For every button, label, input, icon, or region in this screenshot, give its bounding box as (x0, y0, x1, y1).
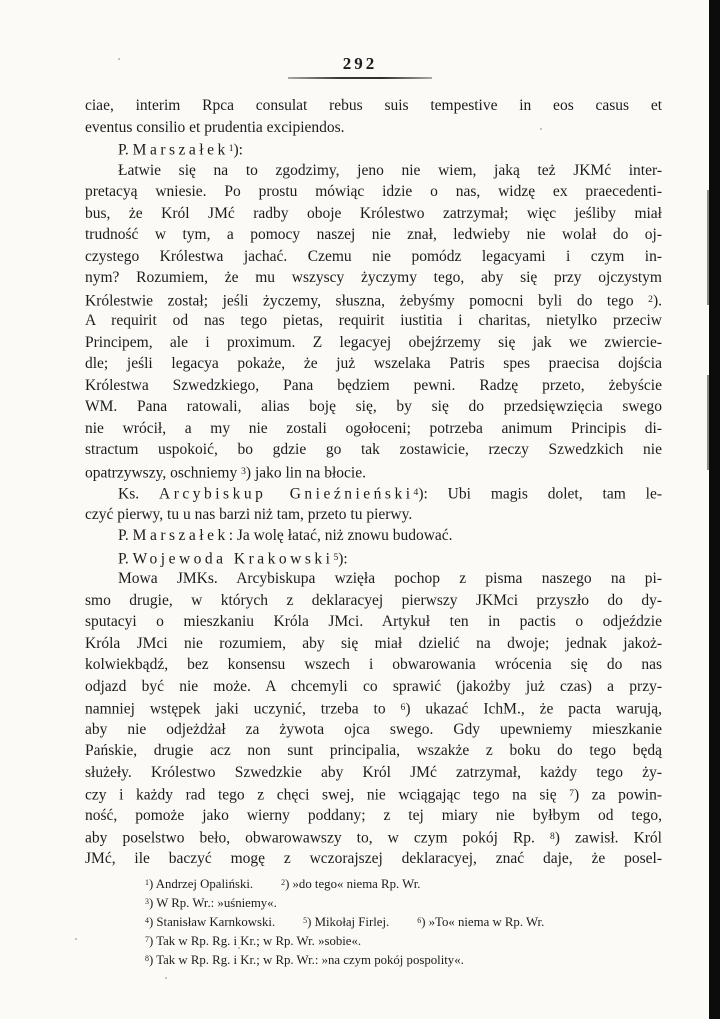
text-line: A requirit od nas tego pietas, requirit … (85, 310, 662, 332)
text-segment: P. (118, 527, 133, 544)
text-segment: ność, pomoże jako wierny poddany; z tej … (85, 807, 662, 824)
text-segment: opatrzywszy, oschniemy (85, 464, 241, 481)
page-number-rule (288, 77, 432, 79)
scan-edge-gray-sliver (707, 190, 709, 305)
text-segment: czystego Królestwa jachać. Czemu nie pom… (85, 248, 662, 265)
text-line: JMć, ile baczyć mogę z wczorajszej dekla… (85, 848, 662, 870)
paper-speckle (238, 947, 240, 949)
text-segment: WM. Pana ratowali, alias boję się, by si… (85, 398, 662, 415)
text-segment: odjazd być nie może. A chcemyli co spraw… (85, 678, 662, 695)
page-number: 292 (343, 54, 378, 74)
text-line: P. Marszałek1): (85, 138, 662, 160)
speaker-name: Arcybiskup Gnieźnieński (159, 486, 414, 503)
text-segment: : Ja wolę łatać, niż znowu budować. (229, 527, 453, 544)
text-line: nie wrócił, a my nie zostali ogołoceni; … (85, 418, 662, 440)
paper-speckle (540, 128, 542, 130)
text-segment: P. (118, 142, 133, 159)
paper-speckle (330, 921, 332, 923)
text-line: trudność w tym, a pomocy naszej nie znał… (85, 224, 662, 246)
footnote-line: 4) Stanisław Karnkowski.5) Mikołaj Firle… (145, 911, 645, 930)
footnote-line: 1) Andrzej Opaliński.2) »do tego« niema … (145, 873, 645, 892)
text-segment: aby nie odjeżdżał za żywota ojca swego. … (85, 721, 662, 738)
text-line: czystego Królestwa jachać. Czemu nie pom… (85, 246, 662, 268)
text-segment: ) W Rp. Wr.: »uśniemy«. (149, 896, 277, 910)
paper-speckle (118, 58, 120, 60)
text-segment: Królestwie został; jeśli życzemy, słuszn… (85, 292, 648, 309)
text-line: Mowa JMKs. Arcybiskupa wzięła pochop z p… (85, 568, 662, 590)
text-line: pretacyą wniesie. Po prostu mówiąc idzie… (85, 181, 662, 203)
paper-speckle (75, 938, 77, 940)
text-segment: ) Mikołaj Firlej. (307, 915, 389, 929)
page-header: 292 (0, 54, 720, 79)
text-line: ność, pomoże jako wierny poddany; z tej … (85, 805, 662, 827)
text-segment: Łatwie się na to zgodzimy, jeno nie wiem… (118, 162, 662, 179)
footnote-line: 8) Tak w Rp. Rg. i Kr.; w Rp. Wr.: »na c… (145, 949, 645, 968)
text-segment: stractum uspokoić, bo gdzie go tak zosta… (85, 441, 662, 458)
text-segment: ) zawisł. Król (555, 830, 662, 847)
speaker-name: Marszałek (133, 142, 229, 159)
text-segment: ciae, interim Rpca consulat rebus suis t… (85, 97, 662, 114)
text-line: bus, że Król JMć radby oboje Królestwo z… (85, 203, 662, 225)
text-line: ciae, interim Rpca consulat rebus suis t… (85, 95, 662, 117)
text-segment: kolwiekbądź, bez konsensu wszech i obwar… (85, 656, 662, 673)
text-line: P. Wojewoda Krakowski5): (85, 547, 662, 569)
text-line: Królestwie został; jeśli życzemy, słuszn… (85, 289, 662, 311)
text-line: Łatwie się na to zgodzimy, jeno nie wiem… (85, 160, 662, 182)
scan-edge-gray-sliver (707, 375, 709, 470)
text-segment: Królestwa Szwedzkiego, Pana będziem pewn… (85, 377, 662, 394)
text-segment: Króla JMci nie rozumiem, aby się miał dz… (85, 635, 662, 652)
text-line: eventus consilio et prudentia excipiendo… (85, 117, 662, 139)
text-line: stractum uspokoić, bo gdzie go tak zosta… (85, 439, 662, 461)
text-segment: ) Tak w Rp. Rg. i Kr.; w Rp. Wr.: »na cz… (149, 953, 464, 967)
paper-speckle (165, 977, 167, 979)
footnotes-block: 1) Andrzej Opaliński.2) »do tego« niema … (145, 873, 645, 968)
text-segment: sputacyi o mieszkaniu Króla JMci. Artyku… (85, 613, 662, 630)
text-segment: bus, że Król JMć radby oboje Królestwo z… (85, 205, 662, 222)
text-segment: ) ukazać IchM., że pacta warują, (405, 701, 662, 718)
text-line: nym? Rozumiem, że mu wszyscy życzymy teg… (85, 267, 662, 289)
body-text-block: ciae, interim Rpca consulat rebus suis t… (85, 95, 662, 869)
text-segment: czyć pierwy, tu u nas barzi niż tam, prz… (85, 506, 412, 523)
text-segment: smo drugie, w których z deklaracyej pier… (85, 592, 662, 609)
text-line: smo drugie, w których z deklaracyej pier… (85, 590, 662, 612)
text-segment: ). (653, 292, 662, 309)
text-segment: A requirit od nas tego pietas, requirit … (85, 312, 662, 329)
text-line: aby poselstwo beło, obwarowawszy to, w c… (85, 826, 662, 848)
text-line: opatrzywszy, oschniemy 3) jako lin na bł… (85, 461, 662, 483)
book-page: 292 ciae, interim Rpca consulat rebus su… (0, 0, 720, 1019)
text-line: Ks. Arcybiskup Gnieźnieński4): Ubi magis… (85, 482, 662, 504)
text-segment: pretacyą wniesie. Po prostu mówiąc idzie… (85, 183, 662, 200)
text-segment: Mowa JMKs. Arcybiskupa wzięła pochop z p… (118, 570, 662, 587)
text-line: kolwiekbądź, bez konsensu wszech i obwar… (85, 654, 662, 676)
text-segment: dle; jeśli legacya pokaże, że już wszela… (85, 355, 662, 372)
text-line: czy i każdy rad tego z chęci swej, nie w… (85, 783, 662, 805)
text-line: Principem, ale i proximum. Z legacyej ob… (85, 332, 662, 354)
text-line: WM. Pana ratowali, alias boję się, by si… (85, 396, 662, 418)
text-segment: ): Ubi magis dolet, tam le- (418, 486, 662, 503)
text-line: dle; jeśli legacya pokaże, że już wszela… (85, 353, 662, 375)
text-line: czyć pierwy, tu u nas barzi niż tam, prz… (85, 504, 662, 526)
text-segment: czy i każdy rad tego z chęci swej, nie w… (85, 787, 569, 804)
text-segment: P. (118, 550, 133, 567)
text-segment: Principem, ale i proximum. Z legacyej ob… (85, 334, 662, 351)
text-segment: ): (338, 550, 347, 567)
text-line: aby nie odjeżdżał za żywota ojca swego. … (85, 719, 662, 741)
text-segment: namniej wstępek jaki uczynić, trzeba to (85, 701, 401, 718)
text-segment: ) Andrzej Opaliński. (149, 877, 253, 891)
scan-edge-artifact (709, 0, 720, 1019)
text-segment: ) »To« niema w Rp. Wr. (421, 915, 544, 929)
text-line: Królestwa Szwedzkiego, Pana będziem pewn… (85, 375, 662, 397)
text-segment: nie wrócił, a my nie zostali ogołoceni; … (85, 420, 662, 437)
text-segment: służeły. Królestwo Szwedzkie aby Król JM… (85, 764, 662, 781)
text-segment: ) za powin- (574, 787, 662, 804)
footnote-line: 3) W Rp. Wr.: »uśniemy«. (145, 892, 645, 911)
text-segment: ): (234, 142, 243, 159)
text-segment: ) »do tego« niema Rp. Wr. (285, 877, 420, 891)
text-line: odjazd być nie może. A chcemyli co spraw… (85, 676, 662, 698)
text-segment: ) Stanisław Karnkowski. (149, 915, 275, 929)
speaker-name: Marszałek (133, 527, 229, 544)
text-segment: JMć, ile baczyć mogę z wczorajszej dekla… (85, 850, 662, 867)
text-segment: eventus consilio et prudentia excipiendo… (85, 119, 345, 136)
text-segment: Ks. (118, 486, 159, 503)
text-segment: Pańskie, drugie acz non sunt principalia… (85, 742, 662, 759)
text-segment: aby poselstwo beło, obwarowawszy to, w c… (85, 830, 550, 847)
text-segment: ) jako lin na błocie. (246, 464, 366, 481)
text-line: sputacyi o mieszkaniu Króla JMci. Artyku… (85, 611, 662, 633)
text-segment: trudność w tym, a pomocy naszej nie znał… (85, 226, 662, 243)
text-line: Pańskie, drugie acz non sunt principalia… (85, 740, 662, 762)
speaker-name: Wojewoda Krakowski (133, 550, 334, 567)
footnote-line: 7) Tak w Rp. Rg. i Kr.; w Rp. Wr. »sobie… (145, 930, 645, 949)
text-segment: nym? Rozumiem, że mu wszyscy życzymy teg… (85, 269, 662, 286)
text-line: P. Marszałek: Ja wolę łatać, niż znowu b… (85, 525, 662, 547)
text-line: służeły. Królestwo Szwedzkie aby Król JM… (85, 762, 662, 784)
text-segment: ) Tak w Rp. Rg. i Kr.; w Rp. Wr. »sobie«… (149, 934, 361, 948)
text-line: Króla JMci nie rozumiem, aby się miał dz… (85, 633, 662, 655)
text-line: namniej wstępek jaki uczynić, trzeba to … (85, 697, 662, 719)
